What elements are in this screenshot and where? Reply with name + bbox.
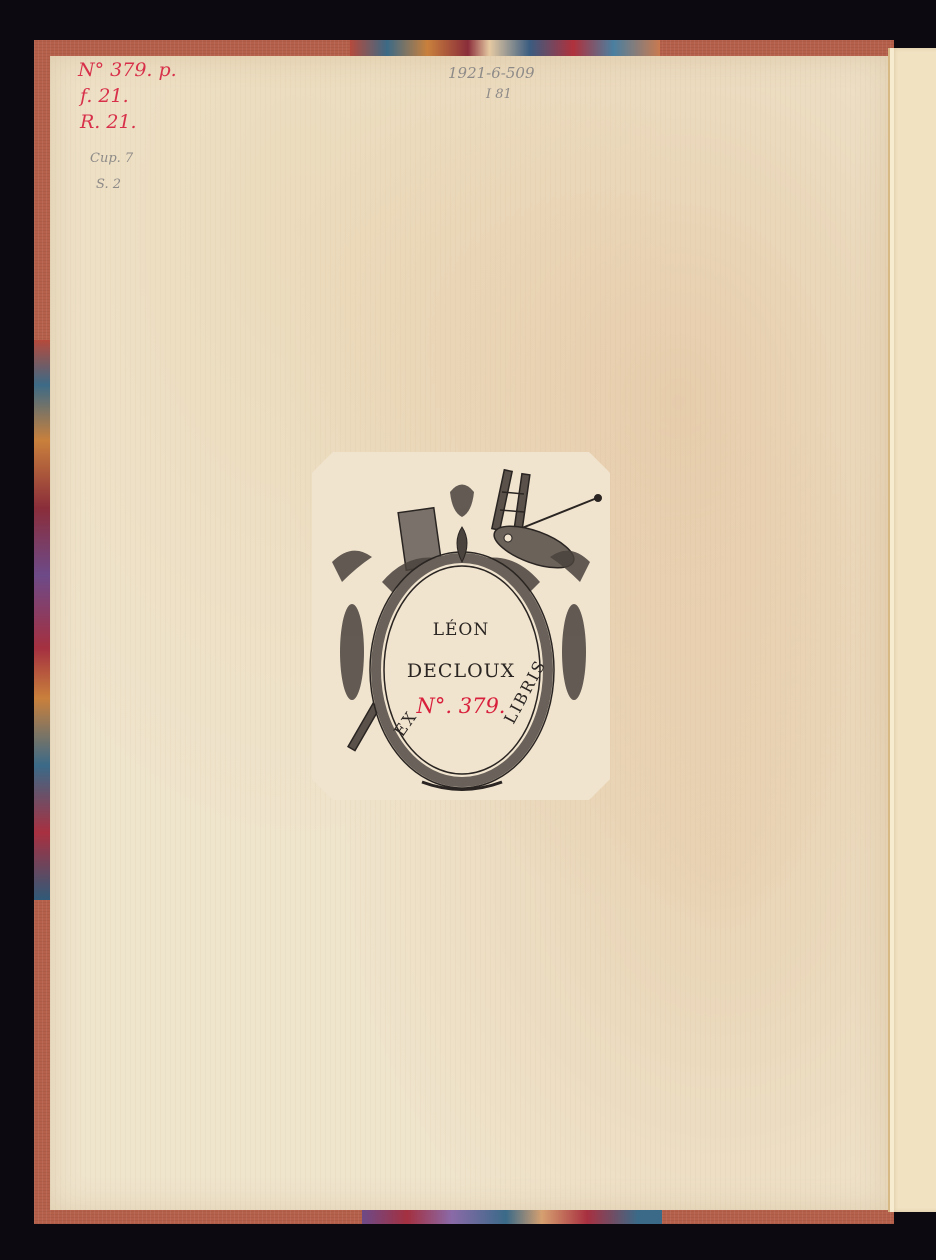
free-endpaper: [888, 48, 936, 1212]
pencil-shelfmark: I 81: [486, 86, 512, 104]
red-note-2: f. 21.: [80, 84, 129, 108]
marbled-paper-bottom: [362, 1210, 662, 1224]
pencil-note-2: S. 2: [96, 176, 121, 194]
handwritten-number: N°. 379.: [312, 694, 610, 718]
pencil-accession: 1921-6-509: [448, 64, 534, 82]
ex-libris-bookplate: LÉON DECLOUX N°. 379. EX LIBRIS: [312, 452, 610, 800]
owner-first-name: LÉON: [312, 620, 610, 640]
oval-frame-icon: [370, 527, 554, 790]
red-note-3: R. 21.: [80, 110, 137, 134]
pencil-note-1: Cup. 7: [90, 150, 133, 168]
marbled-paper-top: [350, 40, 660, 56]
owner-last-name: DECLOUX: [312, 660, 610, 682]
hinge: [890, 48, 894, 1212]
red-note-1: N° 379. p.: [78, 58, 177, 82]
marbled-paper-left: [34, 340, 50, 900]
